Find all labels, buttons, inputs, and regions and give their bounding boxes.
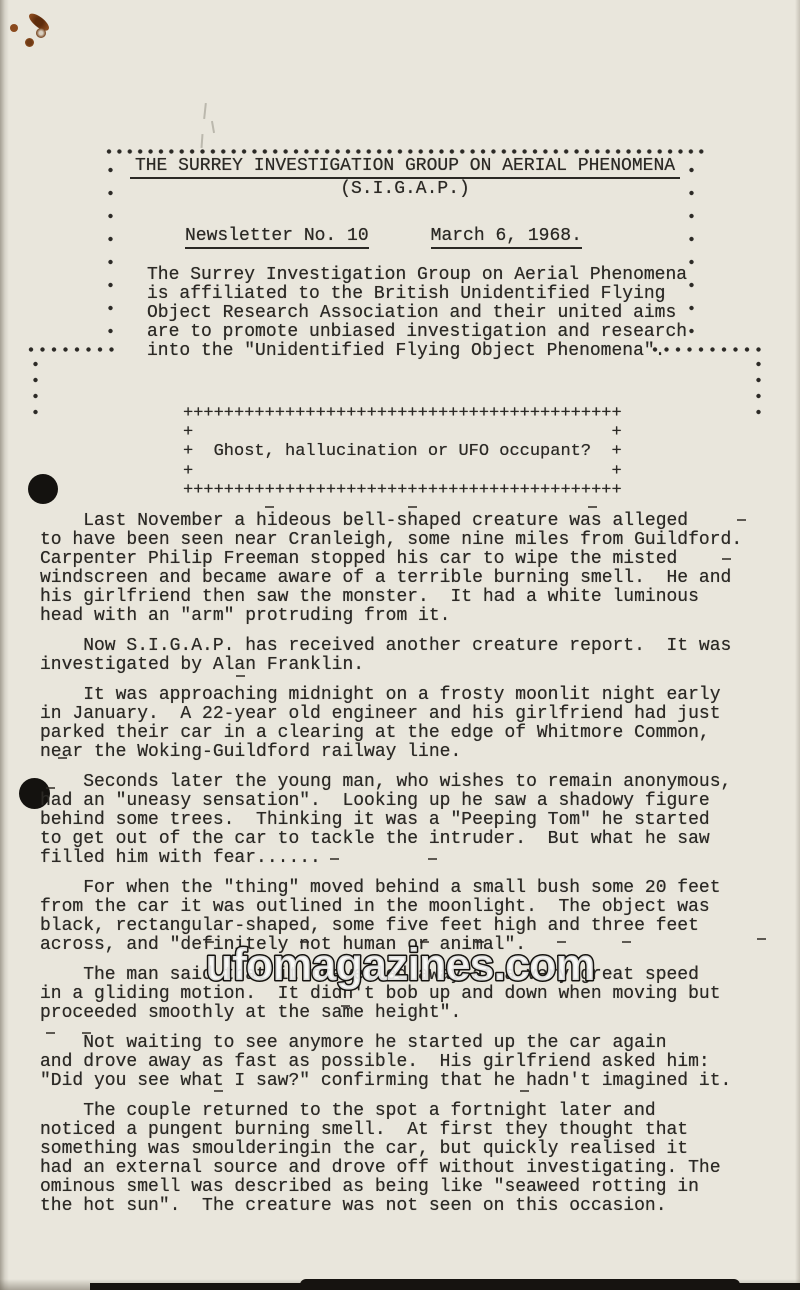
ghost-mark bbox=[236, 675, 245, 677]
page-edge-right bbox=[795, 0, 800, 1290]
issue-date: March 6, 1968. bbox=[431, 226, 582, 249]
pencil-mark bbox=[211, 121, 215, 133]
page-edge-bottom-shadow-2 bbox=[300, 1279, 740, 1290]
pencil-mark bbox=[203, 103, 207, 119]
ghost-mark bbox=[622, 941, 631, 943]
page-edge-left bbox=[0, 0, 9, 1290]
ghost-mark bbox=[408, 506, 417, 508]
ghost-mark bbox=[722, 558, 731, 560]
paragraph: It was approaching midnight on a frosty … bbox=[40, 686, 788, 762]
ghost-mark bbox=[588, 506, 597, 508]
newsletter-number: Newsletter No. 10 bbox=[185, 226, 369, 249]
rust-stain-blob bbox=[36, 28, 46, 38]
paragraph: The couple returned to the spot a fortni… bbox=[40, 1102, 788, 1216]
ghost-mark bbox=[757, 938, 766, 940]
headline-box: ++++++++++++++++++++++++++++++++++++++++… bbox=[183, 404, 622, 500]
ghost-mark bbox=[265, 506, 274, 508]
issue-line: Newsletter No. 10 March 6, 1968. bbox=[105, 226, 705, 249]
paragraph: Not waiting to see anymore he started up… bbox=[40, 1034, 788, 1091]
paragraph: Seconds later the young man, who wishes … bbox=[40, 773, 788, 868]
ghost-mark bbox=[520, 1090, 529, 1092]
paragraph: Now S.I.G.A.P. has received another crea… bbox=[40, 637, 788, 675]
pencil-mark bbox=[201, 134, 204, 148]
ghost-mark bbox=[341, 1005, 350, 1007]
ghost-mark bbox=[46, 1032, 55, 1034]
ghost-mark bbox=[82, 1032, 91, 1034]
watermark-text: ufomagazines.com bbox=[205, 939, 594, 990]
org-abbreviation: (S.I.G.A.P.) bbox=[105, 179, 705, 199]
rust-stain-dot bbox=[10, 24, 18, 32]
paragraph: Last November a hideous bell-shaped crea… bbox=[40, 512, 788, 626]
ghost-mark bbox=[330, 858, 339, 860]
hole-punch-mark bbox=[28, 474, 58, 504]
ghost-mark bbox=[58, 757, 67, 759]
newsletter-page: THE SURREY INVESTIGATION GROUP ON AERIAL… bbox=[0, 0, 800, 1290]
ghost-mark bbox=[214, 1090, 223, 1092]
masthead-intro: The Surrey Investigation Group on Aerial… bbox=[105, 266, 705, 361]
ghost-mark bbox=[737, 519, 746, 521]
article-body: Last November a hideous bell-shaped crea… bbox=[40, 512, 788, 1227]
watermark: ufomagazines.com bbox=[198, 936, 602, 998]
rust-stain-dot bbox=[25, 38, 34, 47]
dotted-border-ext-col-right bbox=[755, 361, 762, 419]
ghost-mark bbox=[428, 858, 437, 860]
org-title: THE SURREY INVESTIGATION GROUP ON AERIAL… bbox=[105, 156, 705, 179]
masthead: THE SURREY INVESTIGATION GROUP ON AERIAL… bbox=[105, 150, 705, 361]
dotted-border-ext-col-left bbox=[32, 361, 39, 419]
ghost-mark bbox=[46, 787, 55, 789]
